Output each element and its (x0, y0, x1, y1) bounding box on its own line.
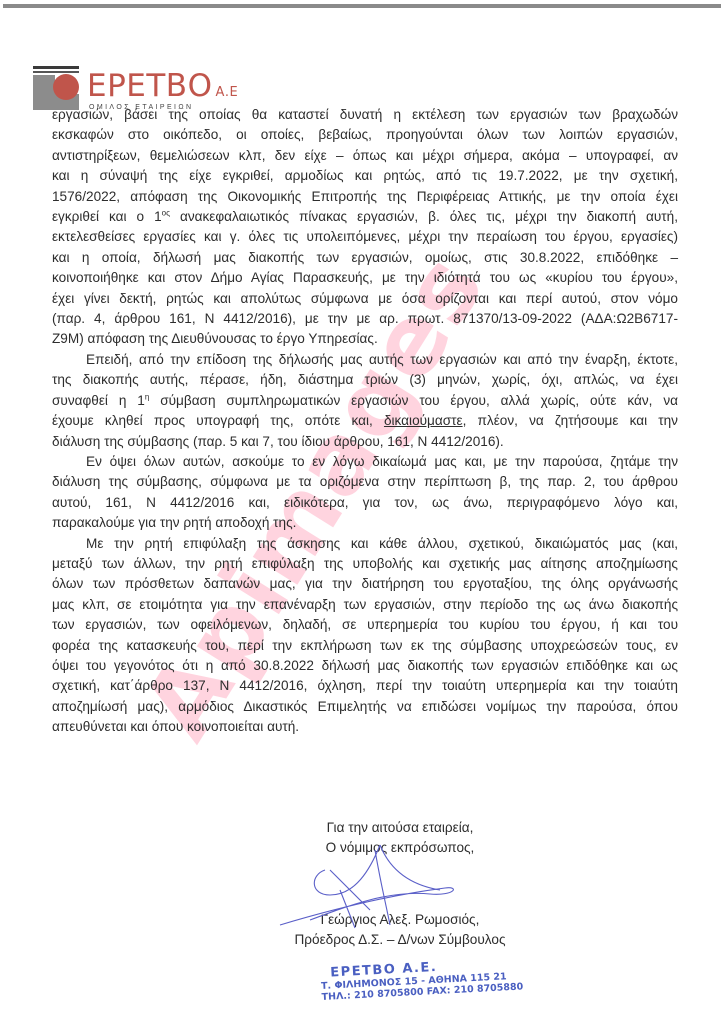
company-stamp: ΕΡΕΤΒΟ Α.Ε. Τ. ΦΙΛΗΜΟΝΟΣ 15 - ΑΘΗΝΑ 115 … (320, 957, 502, 1003)
document-body: εργασιών, βάσει της οποίας θα καταστεί δ… (52, 105, 678, 738)
signatory-title: Πρόεδρος Δ.Σ. – Δ/νων Σύμβουλος (250, 930, 550, 950)
text-line: εργασιών, βάσει της οποίας θα καταστεί δ… (52, 105, 678, 125)
text-line: εκσκαφών στο οικόπεδο, οι οποίες, βεβαίω… (52, 125, 678, 145)
text-line: αποζημίωσή μας), αρμόδιος Δικαστικός Επι… (52, 697, 678, 717)
text-line: φορέα της κατασκευής του, περί την εκπλή… (52, 636, 678, 656)
text-line: αυτού, 161, Ν 4412/2016 και, ειδικότερα,… (52, 493, 678, 513)
text-line: κοινοποιήθηκε και στον Δήμο Αγίας Παρασκ… (52, 268, 678, 288)
text-line: των εργασιών, των οφειλόμενων, δηλαδή, σ… (52, 615, 678, 635)
underlined-term: δικαιούμαστε (384, 413, 463, 428)
text-line: εκτελεσθείσες εργασίες και γ. όλες τις υ… (52, 227, 678, 247)
text-line: όλων των πρόσθετων δαπανών μας, για την … (52, 574, 678, 594)
text-line: σχετική, κατ΄άρθρο 137, Ν 4412/2016, όχλ… (52, 676, 678, 696)
text-line: και η σύναψή της είχε εγκριθεί, αρμοδίως… (52, 166, 678, 186)
signatory-name: Γεώργιος Αλεξ. Ρωμοσιός, (250, 910, 550, 930)
text-line: συναφθεί η 1η σύμβαση συμπληρωματικών ερ… (52, 391, 678, 411)
text-line: διάλυση της σύμβασης (παρ. 5 και 7, του … (52, 432, 678, 452)
logo-mark-icon (33, 64, 79, 110)
text-line: εγκριθεί και ο 1ος ανακεφαλαιωτικός πίνα… (52, 207, 678, 227)
paragraph-3: Εν όψει όλων αυτών, ασκούμε το εν λόγω δ… (52, 452, 678, 534)
text-line: Ζ9Μ) απόφαση της Διευθύνουσας το έργο Υπ… (52, 329, 678, 349)
paragraph-4: Με την ρητή επιφύλαξη της άσκησης και κά… (52, 534, 678, 738)
text-line: Επειδή, από την επίδοση της δήλωσής μας … (52, 350, 678, 370)
text-line: μας κλπ, σε ετοιμότητα για την επανέναρξ… (52, 595, 678, 615)
text-line: έχουμε κληθεί προς υπογραφή της, οπότε κ… (52, 411, 678, 431)
text-line: και η οποία, δήλωσή μας διακοπής των εργ… (52, 248, 678, 268)
logo-company-name: ΕΡΕΤΒΟΑ.Ε (87, 68, 238, 104)
text-line: μεταξύ των άλλων, την ρητή επιφύλαξη της… (52, 554, 678, 574)
text-line: της διακοπής αυτής, πέρασε, ήδη, διάστημ… (52, 370, 678, 390)
text-line: Εν όψει όλων αυτών, ασκούμε το εν λόγω δ… (52, 452, 678, 472)
text-line: όψει του γεγονότος ότι η από 30.8.2022 δ… (52, 656, 678, 676)
scan-top-border (3, 4, 721, 8)
company-logo: ΕΡΕΤΒΟΑ.Ε ΟΜΙΛΟΣ ΕΤΑΙΡΕΙΩΝ (33, 64, 233, 110)
text-line: 1576/2022, απόφαση της Οικονομικής Επιτρ… (52, 187, 678, 207)
paragraph-1: εργασιών, βάσει της οποίας θα καταστεί δ… (52, 105, 678, 350)
text-line: παρακαλούμε για την ρητή αποδοχή της. (52, 513, 678, 533)
text-line: (παρ. 4, άρθρου 161, Ν 4412/2016), με τη… (52, 309, 678, 329)
text-line: έχει γίνει δεκτή, ρητώς και απολύτως σύμ… (52, 289, 678, 309)
paragraph-2: Επειδή, από την επίδοση της δήλωσής μας … (52, 350, 678, 452)
signature-line-1: Για την αιτούσα εταιρεία, (250, 818, 550, 838)
signature-block: Για την αιτούσα εταιρεία, Ο νόμιμος εκπρ… (250, 818, 550, 950)
text-line: Με την ρητή επιφύλαξη της άσκησης και κά… (52, 534, 678, 554)
text-line: διάλυση της σύμβασης, σύμφωνα με τα οριζ… (52, 472, 678, 492)
text-line: απευθύνεται και όπου κοινοποιείται αυτή. (52, 717, 678, 737)
text-line: αντιστηρίξεων, θεμελιώσεων κλπ, δεν είχε… (52, 146, 678, 166)
signature-line-2: Ο νόμιμος εκπρόσωπος, (250, 838, 550, 858)
